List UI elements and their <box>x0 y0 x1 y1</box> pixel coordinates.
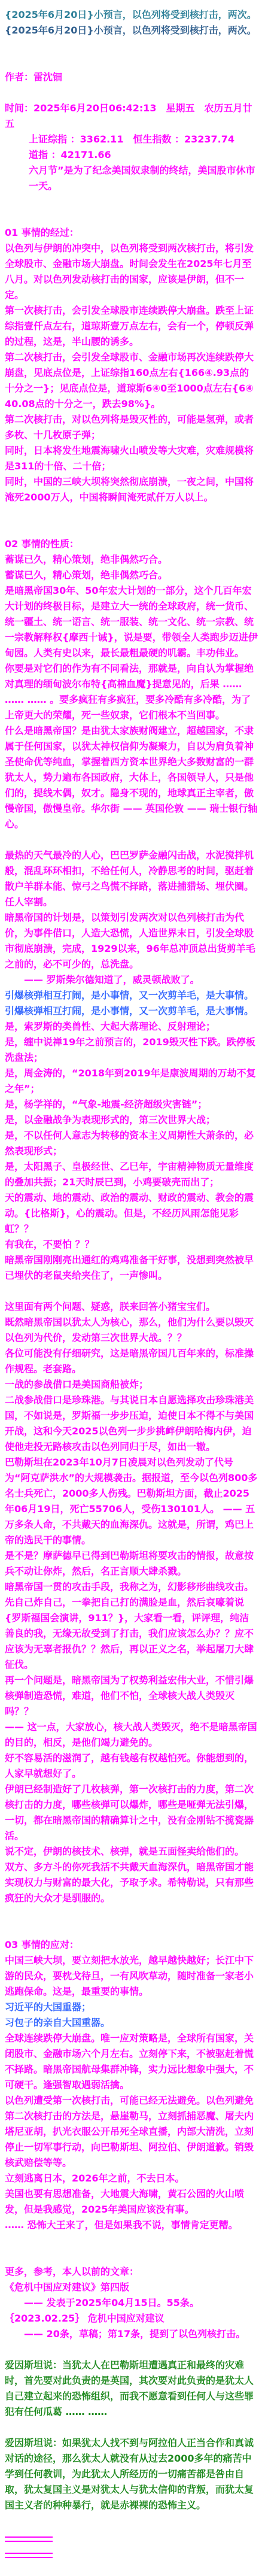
divider-line <box>5 2553 53 2558</box>
paragraph: 伊朗已经制造好了几枚核弹，第一次核打击的力度，第二次核打击的力度，哪些核弹可以爆… <box>5 1782 258 1844</box>
paragraph: 是暗黑帝国30年、50年宏大计划的一部分，这个几百年宏大计划的终极目标，是建立大… <box>5 583 258 661</box>
paragraph: —— 罗斯柴尔德知道了，威灵顿战败了。 <box>5 972 258 988</box>
paragraph: 全球连续跌停大崩盘。唯一应对策略是，全球所有国家，关闭股市、金融市场六个月左右。… <box>5 2031 258 2093</box>
paragraph: 最热的天气最冷的人心，巴巴罗萨金融闪击战，水泥搅拌机般，混乱环环相扣，不给任何人… <box>5 848 258 910</box>
paragraph: 双方、多方斗的你死我活不共戴天血海深仇，暗黑帝国才能实现权力与财富的最大化，予取… <box>5 1859 258 1906</box>
paragraph: —— 这一点，大家放心，核大战人类毁灭，绝不是暗黑帝国的目的，相反，是他们竭力避… <box>5 1719 258 1750</box>
title-line-1: {2025年6月20日}小预言，以色列将受到核打击，两次。 <box>5 7 258 23</box>
paragraph: 同时，日本将发生地震海啸火山喷发等大灾难，灾难规模将是311的十倍、二十倍； <box>5 443 258 474</box>
paragraph: 有我在，不要怕 ？？ <box>5 1237 258 1252</box>
paragraph: 你要是对它们的作为有不同看法，那就是，向自认为掌握绝对真理的缅甸波尔布特{高棉血… <box>5 661 258 723</box>
paragraph: 暗黑帝国的计划是，以策划引发两次对以色列核打击为代价，为事件借口，人造大恐慌，人… <box>5 910 258 972</box>
paragraph: 一战的参战借口是美国商船被炸； <box>5 1377 258 1392</box>
slogan-line: 引爆核弹相互打闹，是小事情，又一次剪羊毛，是大事情。 <box>5 1003 258 1019</box>
paragraph: 美国也要有思想准备，大地震大海啸，黄石公园的火山喷发，但是我感觉，2025年美国… <box>5 2186 258 2217</box>
paragraph: 蓄谋已久，精心策划，绝非偶然巧合。 <box>5 568 258 583</box>
paragraph: 是，杨学祥的，“气象-地震-经济超级灾害链”； <box>5 1097 258 1112</box>
index-quotes-line: 上证综指 ：3362.11 恒生指数 ：23237.74 <box>5 132 258 147</box>
paragraph: 中国三峡大坝，要立刻把水放光，越早越快越好；长江中下游的民众，要枕戈待旦，一有风… <box>5 1953 258 1999</box>
paragraph: 再一个问题是，暗黑帝国为了权势利益宏伟大业，不惜引爆核弹制造恐慌，难道，他们不怕… <box>5 1673 258 1719</box>
paragraph: 是，太阳黑子、皇极经世、乙巳年，宇宙精神物质无量维度的叠加共振；21天时辰已到，… <box>5 1159 258 1190</box>
paragraph: 是，以金融战争为表现形式的，第三次世界大战； <box>5 1112 258 1128</box>
paragraph: …… 恐怖大王来了，但是如果我不说，事情肯定更糟。 <box>5 2217 258 2233</box>
divider-line <box>5 2536 53 2542</box>
paragraph: 好不容易活的滋润了，越有钱越有权越怕死。你能想到的，人家早就想好了。 <box>5 1750 258 1782</box>
juneteenth-note: 六月节”是为了纪念美国奴隶制的终结，美国股市休市一天。 <box>5 163 258 194</box>
paragraph: 第二次核打击，会引发全球股市、金融市场再次连续跌停大崩盘，见底点位是，上证综指1… <box>5 350 258 412</box>
paragraph: 以色列与伊朗的冲突中，以色列将受到两次核打击，将引发全球股市、金融市场大崩盘。时… <box>5 241 258 303</box>
timestamp-line: 时间：2025年6月20日06:42:13 星期五 农历五月廿五 <box>5 101 258 132</box>
paragraph: 是，缠中说禅19年之前预言的，2019毁灭性下跌。跌停板洗盘法； <box>5 1034 258 1066</box>
paragraph: 同时，中国的三峡大坝将突然彻底崩溃，一夜之间，中国将淹死2000万人，中国将瞬间… <box>5 474 258 505</box>
einstein-quote-2: 爱因斯坦说：如果犹太人找不到与阿拉伯人正当合作和真诚对话的途径，那么犹太人就没有… <box>5 2435 258 2513</box>
paragraph: 是，索罗斯的类兽性、大起大落理论、反射理论； <box>5 1019 258 1034</box>
paragraph: 蓄谋已久，精心策划，绝非偶然巧合。 <box>5 552 258 568</box>
einstein-quote-1: 爱因斯坦说：当犹太人在巴勒斯坦遭遇真正和最终的灾难时，首先要对此负责的是英国，其… <box>5 2357 258 2420</box>
slogan-line: 习包子的亲自大国重器。 <box>5 2015 258 2031</box>
paragraph: 这里面有两个问题、疑惑，朕来回答小猪宝宝们。 <box>5 1299 258 1315</box>
author-line: 作者：雷沈钿 <box>5 69 258 85</box>
section-heading-01: 01 事情的经过： <box>5 225 258 241</box>
dow-line: 道指 ：42171.66 <box>5 147 258 163</box>
reference-title: 《危机中国应对建议》第四版 <box>5 2280 258 2295</box>
paragraph: 说不定，伊朗的核技术、核弹，就是五面怪卖给他们的。 <box>5 1844 258 1859</box>
section-heading-02: 02 事情的性质： <box>5 536 258 552</box>
slogan-line: 习近平的大国重器； <box>5 1999 258 2015</box>
paragraph: 以色列遭受第一次核打击，可能已经无法避免。以色列避免第二次核打击的方法是，悬崖勒… <box>5 2093 258 2171</box>
paragraph: 天的震动、地的震动、政治的震动、财政的震动、教会的震动。{比格斯}，心的震动。但… <box>5 1190 258 1237</box>
reference-note: —— 发表于2025年04月15日。55条。 <box>5 2295 258 2311</box>
paragraph: 是，不以任何人意志为转移的资本主义周期性大萧条的，必然表现形式； <box>5 1128 258 1159</box>
paragraph: 更多，参考，本人以前的文章： <box>5 2264 258 2280</box>
paragraph: 暗黑帝国刚刚亮出通红的鸡鸡准备干好事，没想到突然被早已埋伏的老鼠夹给夹住了，一声… <box>5 1252 258 1284</box>
paragraph: 各位可能没有仔细研究，这是暗黑帝国几百年来的，标准操作规程。老套路。 <box>5 1346 258 1377</box>
article-page: {2025年6月20日}小预言，以色列将受到核打击，两次。{2025年6月20日… <box>0 0 262 2576</box>
reference-note: —— 20条，草稿；第17条，提到了以色列核打击。 <box>5 2326 258 2342</box>
article-content: {2025年6月20日}小预言，以色列将受到核打击，两次。{2025年6月20日… <box>5 7 258 2558</box>
reference-title: ｛2023.02.25｝ 危机中国应对建议 <box>5 2311 258 2326</box>
title-line-2: {2025年6月20日}小预言，以色列将受到核打击，两次。 <box>5 23 258 38</box>
paragraph: 什么是暗黑帝国？是由犹太家族财阀建立，超越国家，不隶属于任何国家，以犹太神权信仰… <box>5 723 258 832</box>
paragraph: 巴勒斯坦在2023年10月7日凌晨对以色列发动了代号为“阿克萨洪水”的大规模袭击… <box>5 1455 258 1548</box>
paragraph: 是不是？摩萨德早已得到巴勒斯坦将要攻击的情报，故意按兵不动让你炸，然后，名正言顺… <box>5 1548 258 1579</box>
paragraph: 第二次核打击，对以色列将是毁灭性的，可能是氢弹，或者多枚、十几枚原子弹； <box>5 412 258 443</box>
section-heading-03: 03 事情的应对： <box>5 1937 258 1953</box>
paragraph: 二战参战借口是珍珠港。与其说日本自愿选择攻击珍珠港美国，不如说是，罗斯福一步步压… <box>5 1392 258 1455</box>
paragraph: 立刻逃离日本，2026年之前，不去日本。 <box>5 2171 258 2186</box>
paragraph: 既然暗黑帝国以犹太人为核心，那么，他们为什么要以毁灭以色列为代价，发动第三次世界… <box>5 1315 258 1346</box>
slogan-line: 引爆核弹相互打闹，是小事情，又一次剪羊毛，是大事情。 <box>5 988 258 1003</box>
paragraph: 暗黑帝国一贯的攻击手段，我称之为，幻影移形曲线攻击。先自己炸自己，一拳把自己打的… <box>5 1579 258 1673</box>
paragraph: 是，周金涛的，“2018年到2019年是康波周期的万劫不复之年”； <box>5 1066 258 1097</box>
paragraph: 第一次核打击，会引发全球股市连续跌停大崩盘。跌至上证综指壹仟点左右，道琼斯壹万点… <box>5 303 258 350</box>
